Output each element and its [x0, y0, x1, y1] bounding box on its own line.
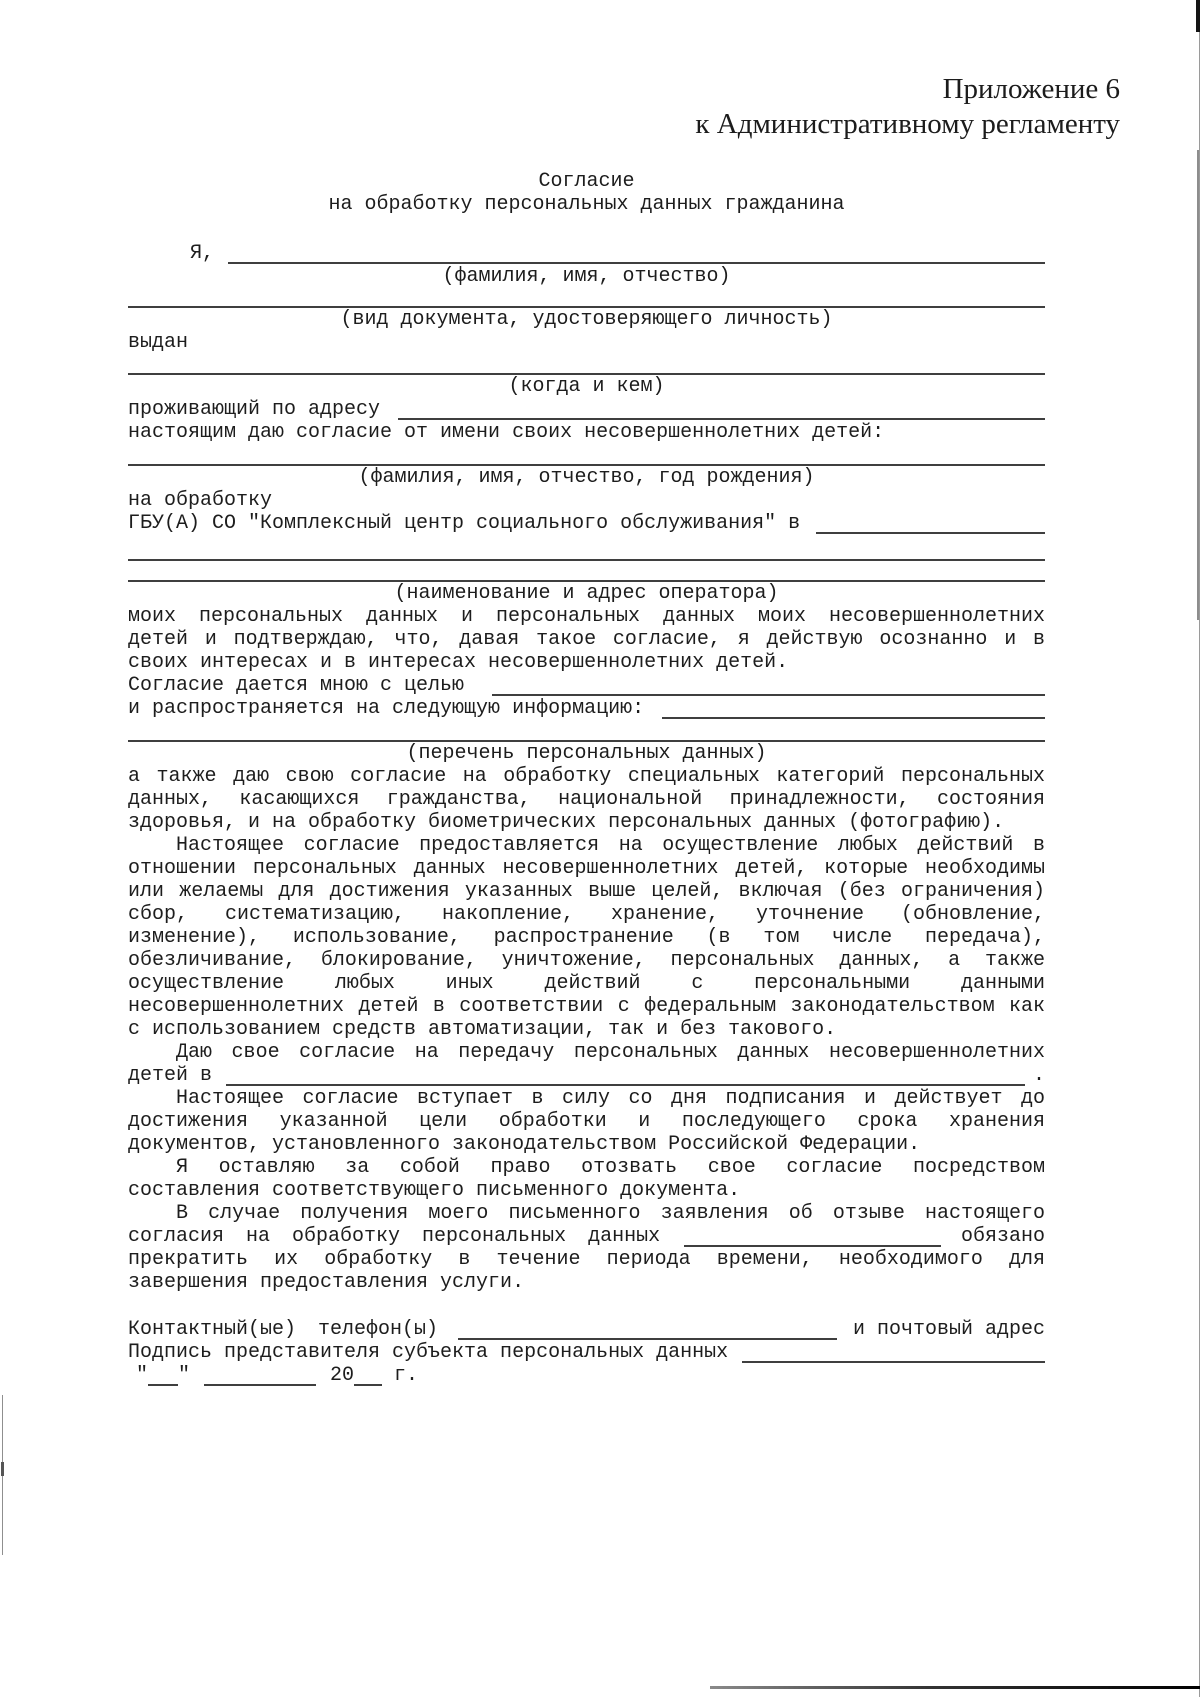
blank-underline	[354, 1384, 382, 1386]
blank-rule	[128, 444, 1045, 466]
contacts-line: Контактный(ые) телефон(ы)и почтовый адре…	[128, 1318, 1045, 1341]
text-line: достижения указанной цели обработки и по…	[128, 1110, 1045, 1133]
segment-gap	[382, 1386, 394, 1387]
text-segment: "	[178, 1364, 190, 1387]
segment-gap	[190, 1386, 204, 1387]
text-line: Настоящее согласие вступает в силу со дн…	[128, 1087, 1045, 1110]
segment-gap	[800, 534, 816, 535]
blank-underline	[492, 694, 1045, 696]
field-caption: (вид документа, удостоверяющего личность…	[128, 308, 1045, 331]
text-line: документов, установленного законодательс…	[128, 1133, 1045, 1156]
blank-rule	[128, 561, 1045, 582]
text-line: изменение), использование, распространен…	[128, 926, 1045, 949]
text-segment: проживающий по адресу	[128, 398, 380, 421]
text-segment: ГБУ(А) СО "Комплексный центр социального…	[128, 512, 800, 535]
text-line: отношении персональных данных несовершен…	[128, 857, 1045, 880]
text-segment: Контактный(ые) телефон(ы)	[128, 1318, 438, 1341]
text-line: прекратить их обработку в течение период…	[128, 1248, 1045, 1271]
purpose-line: Согласие дается мною с целью	[128, 674, 1045, 697]
operator-line: ГБУ(А) СО "Комплексный центр социального…	[128, 512, 1045, 535]
field-caption: (фамилия, имя, отчество, год рождения)	[128, 466, 1045, 489]
blank-rule	[128, 535, 1045, 561]
blank-underline	[458, 1338, 837, 1340]
text-line: детей и подтверждаю, что, давая такое со…	[128, 628, 1045, 651]
text-line: на обработку	[128, 489, 1045, 512]
field-caption: (когда и кем)	[128, 375, 1045, 398]
text-line: здоровья, и на обработку биометрических …	[128, 811, 1045, 834]
text-segment: Я,	[190, 242, 214, 265]
text-line: обезличивание, блокирование, уничтожение…	[128, 949, 1045, 972]
signature-line: Подпись представителя субъекта персональ…	[128, 1341, 1045, 1364]
text-line: Даю свое согласие на передачу персональн…	[128, 1041, 1045, 1064]
blank-rule	[128, 354, 1045, 375]
blank-underline	[684, 1245, 941, 1247]
text-line: данных, касающихся гражданства, национал…	[128, 788, 1045, 811]
blank-rule	[128, 720, 1045, 742]
scan-artifact-right-mid	[1197, 150, 1199, 620]
text-line: Я оставляю за собой право отозвать свое …	[128, 1156, 1045, 1179]
text-segment: и почтовый адрес	[853, 1318, 1045, 1341]
text-segment: и распространяется на следующую информац…	[128, 697, 644, 720]
segment-gap	[214, 264, 228, 265]
info-line: и распространяется на следующую информац…	[128, 697, 1045, 720]
document-sheet: Приложение 6 к Административному регламе…	[0, 0, 1200, 1697]
segment-gap	[644, 719, 662, 720]
scan-artifact-left-speck	[1, 1462, 4, 1476]
text-segment: "	[136, 1364, 148, 1387]
text-line: своих интересах и в интересах несовершен…	[128, 651, 1045, 674]
blank-underline	[816, 532, 1045, 534]
text-line: составления соответствующего письменного…	[128, 1179, 1045, 1202]
text-line: или желаемы для достижения указанных выш…	[128, 880, 1045, 903]
scan-artifact-right-top	[1196, 0, 1200, 32]
text-segment: .	[1033, 1064, 1045, 1087]
form-body: Я,(фамилия, имя, отчество)(вид документа…	[128, 242, 1045, 1387]
blank-underline	[148, 1384, 178, 1386]
text-line: с использованием средств автоматизации, …	[128, 1018, 1045, 1041]
field-caption: (перечень персональных данных)	[128, 742, 1045, 765]
address-line: проживающий по адресу	[128, 398, 1045, 421]
segment-gap	[728, 1363, 742, 1364]
text-segment: Согласие дается мною с целью	[128, 674, 464, 697]
blank-underline	[662, 717, 1045, 719]
text-line: сбор, систематизацию, накопление, хранен…	[128, 903, 1045, 926]
appendix-number: Приложение 6	[695, 72, 1120, 107]
text-segment: г.	[394, 1364, 418, 1387]
text-segment: Подпись представителя субъекта персональ…	[128, 1341, 728, 1364]
text-line: моих персональных данных и персональных …	[128, 605, 1045, 628]
blank-underline	[742, 1361, 1045, 1363]
text-line: осуществление любых иных действий с перс…	[128, 972, 1045, 995]
text-line: Настоящее согласие предоставляется на ос…	[128, 834, 1045, 857]
text-line: завершения предоставления услуги.	[128, 1271, 1045, 1294]
segment-gap	[316, 1386, 330, 1387]
blank-underline	[398, 418, 1045, 420]
appendix-subtitle: к Административному регламенту	[695, 107, 1120, 142]
text-segment: 20	[330, 1364, 354, 1387]
vertical-gap	[128, 1294, 1045, 1318]
text-line: несовершеннолетних детей в соответствии …	[128, 995, 1045, 1018]
text-line: настоящим даю согласие от имени своих не…	[128, 421, 1045, 444]
appendix-header: Приложение 6 к Административному регламе…	[695, 72, 1120, 142]
field-caption: (фамилия, имя, отчество)	[128, 265, 1045, 288]
document-subtitle: на обработку персональных данных граждан…	[128, 193, 1045, 216]
text-segment: детей в	[128, 1064, 212, 1087]
revoke-line: согласия на обработку персональных данны…	[128, 1225, 1045, 1248]
vertical-gap	[128, 216, 1045, 242]
blank-underline	[204, 1384, 316, 1386]
transfer-line: детей в.	[128, 1064, 1045, 1087]
blank-underline	[228, 262, 1045, 264]
segment-gap	[837, 1340, 853, 1341]
blank-underline	[226, 1084, 1025, 1086]
document-title: Согласие	[128, 170, 1045, 193]
text-line: В случае получения моего письменного зая…	[128, 1202, 1045, 1225]
field-caption: (наименование и адрес оператора)	[128, 582, 1045, 605]
blank-rule	[128, 288, 1045, 308]
date-line: ""20г.	[128, 1364, 1045, 1387]
text-line: а также даю свою согласие на обработку с…	[128, 765, 1045, 788]
text-segment: обязано	[961, 1225, 1045, 1248]
text-line: выдан	[128, 331, 1045, 354]
scan-artifact-bottom-line	[710, 1686, 1200, 1689]
text-segment: согласия на обработку персональных данны…	[128, 1225, 660, 1248]
consent-form: Согласие на обработку персональных данны…	[128, 170, 1045, 1387]
fio-line: Я,	[128, 242, 1045, 265]
